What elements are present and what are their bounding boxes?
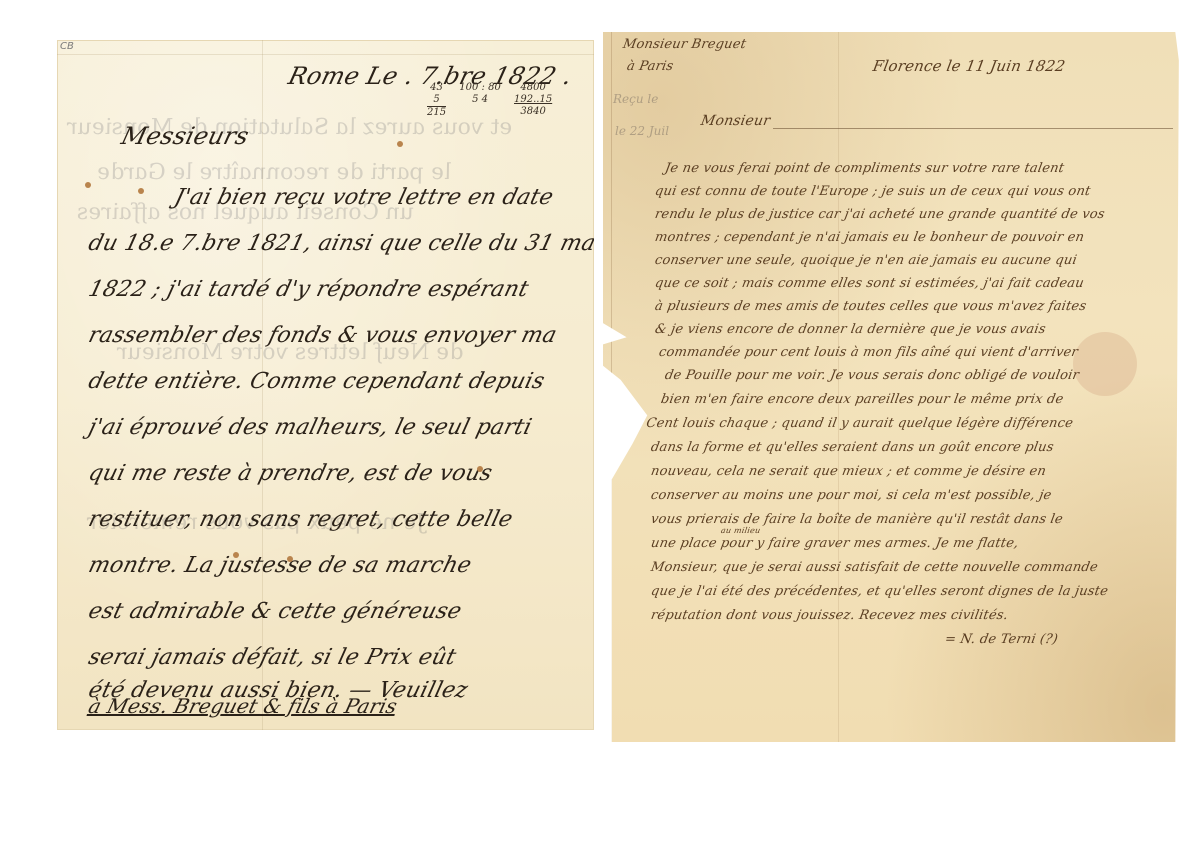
letter-line: bien m'en faire encore deux pareilles po… xyxy=(660,392,1065,407)
letter-line: une place pour y faire graver mes armes.… xyxy=(650,536,1020,551)
margin-calculations: 43 5 215 100 : 80 5 4 4800 192..15 3840 xyxy=(427,82,562,119)
letter-line: dans la forme et qu'elles seraient dans … xyxy=(650,440,1055,455)
letter-line: qui me reste à prendre, est de vous xyxy=(86,461,495,486)
calc-value: 3840 xyxy=(514,106,552,118)
foxing-spot xyxy=(397,141,403,147)
calc-value: 43 xyxy=(427,82,446,94)
paper-fold xyxy=(611,32,612,742)
letter-line: qui est connu de toute l'Europe ; je sui… xyxy=(654,184,1092,199)
letter-line: montre. La justesse de sa marche xyxy=(86,553,474,578)
letter-line: commandée pour cent louis à mon fils aîn… xyxy=(658,345,1079,360)
letter-florence: Monsieur Breguet à Paris Reçu le le 22 J… xyxy=(603,32,1193,742)
letter-rome: CB et vous aurez la Salutation de Monsie… xyxy=(57,40,594,730)
calc-value: 100 : 80 xyxy=(459,82,501,94)
letter-line: 1822 ; j'ai tardé d'y répondre espérant xyxy=(86,277,531,302)
calc-value: 192..15 xyxy=(514,94,552,106)
address-block-line: à Paris xyxy=(626,59,675,74)
calc-value: 215 xyxy=(427,106,446,119)
address-block-line: Monsieur Breguet xyxy=(622,37,748,52)
letter-line: à plusieurs de mes amis de toutes celles… xyxy=(654,299,1088,314)
calc-value: 5 4 xyxy=(459,94,501,106)
letter-line: de Pouille pour me voir. Je vous serais … xyxy=(664,368,1081,383)
foxing-spot xyxy=(85,182,91,188)
letter-line: Monsieur, que je serai aussi satisfait d… xyxy=(650,560,1099,575)
letter-line: rassembler des fonds & vous envoyer ma xyxy=(86,323,559,348)
letter-line: & je viens encore de donner la dernière … xyxy=(654,322,1047,337)
letter-line: que ce soit ; mais comme elles sont si e… xyxy=(654,276,1085,291)
letter-line: conserver au moins une pour moi, si cela… xyxy=(650,488,1053,503)
place-date: Florence le 11 Juin 1822 xyxy=(871,57,1066,75)
foxing-spot xyxy=(233,552,239,558)
letter-line: nouveau, cela ne serait que mieux ; et c… xyxy=(650,464,1048,479)
letter-line: restituer, non sans regret, cette belle xyxy=(86,507,515,532)
salutation-rule xyxy=(773,128,1173,129)
letter-line: Je ne vous ferai point de compliments su… xyxy=(664,161,1066,176)
letter-line: réputation dont vous jouissez. Recevez m… xyxy=(650,608,1010,623)
pencil-annotation: Reçu le xyxy=(613,92,658,106)
foxing-spot xyxy=(477,466,483,472)
interlinear-note: au milieu xyxy=(720,526,761,535)
letter-line: que je l'ai été des précédentes, et qu'e… xyxy=(650,584,1110,599)
foxing-spot xyxy=(287,556,293,562)
signature: = N. de Terni (?) xyxy=(944,632,1059,647)
paper-fold xyxy=(838,32,839,742)
pencil-annotation: CB xyxy=(60,41,74,52)
water-stain xyxy=(1073,332,1137,396)
paper-fold xyxy=(57,54,594,55)
letter-line: = Cent louis chaque ; quand il y aurait … xyxy=(630,416,1075,431)
letter-line: montres ; cependant je n'ai jamais eu le… xyxy=(654,230,1086,245)
letter-line: est admirable & cette généreuse xyxy=(86,599,464,624)
letter-line: dette entière. Comme cependant depuis xyxy=(86,369,547,394)
letter-line: vous prierais de faire la boîte de maniè… xyxy=(650,512,1064,527)
calc-value: 4800 xyxy=(514,82,552,94)
salutation: Messieurs xyxy=(119,122,252,150)
salutation: Monsieur xyxy=(700,113,772,129)
foxing-spot xyxy=(138,188,144,194)
letter-line: rendu le plus de justice car j'ai acheté… xyxy=(654,207,1106,222)
letter-line: conserver une seule, quoique je n'en aie… xyxy=(654,253,1079,268)
calc-value: 5 xyxy=(427,94,446,106)
letter-line: du 18.e 7.bre 1821, ainsi que celle du 3… xyxy=(86,231,594,256)
letter-line: J'ai bien reçu votre lettre en date xyxy=(172,185,556,210)
letter-line: serai jamais défait, si le Prix eût xyxy=(86,645,459,670)
letter-line: j'ai éprouvé des malheurs, le seul parti xyxy=(86,415,534,440)
bleed-through-text: le parti de reconnaître le Garde xyxy=(94,160,453,185)
address-line: à Mess. Breguet & fils à Paris xyxy=(86,694,400,718)
pencil-annotation: le 22 Juil xyxy=(615,124,669,138)
